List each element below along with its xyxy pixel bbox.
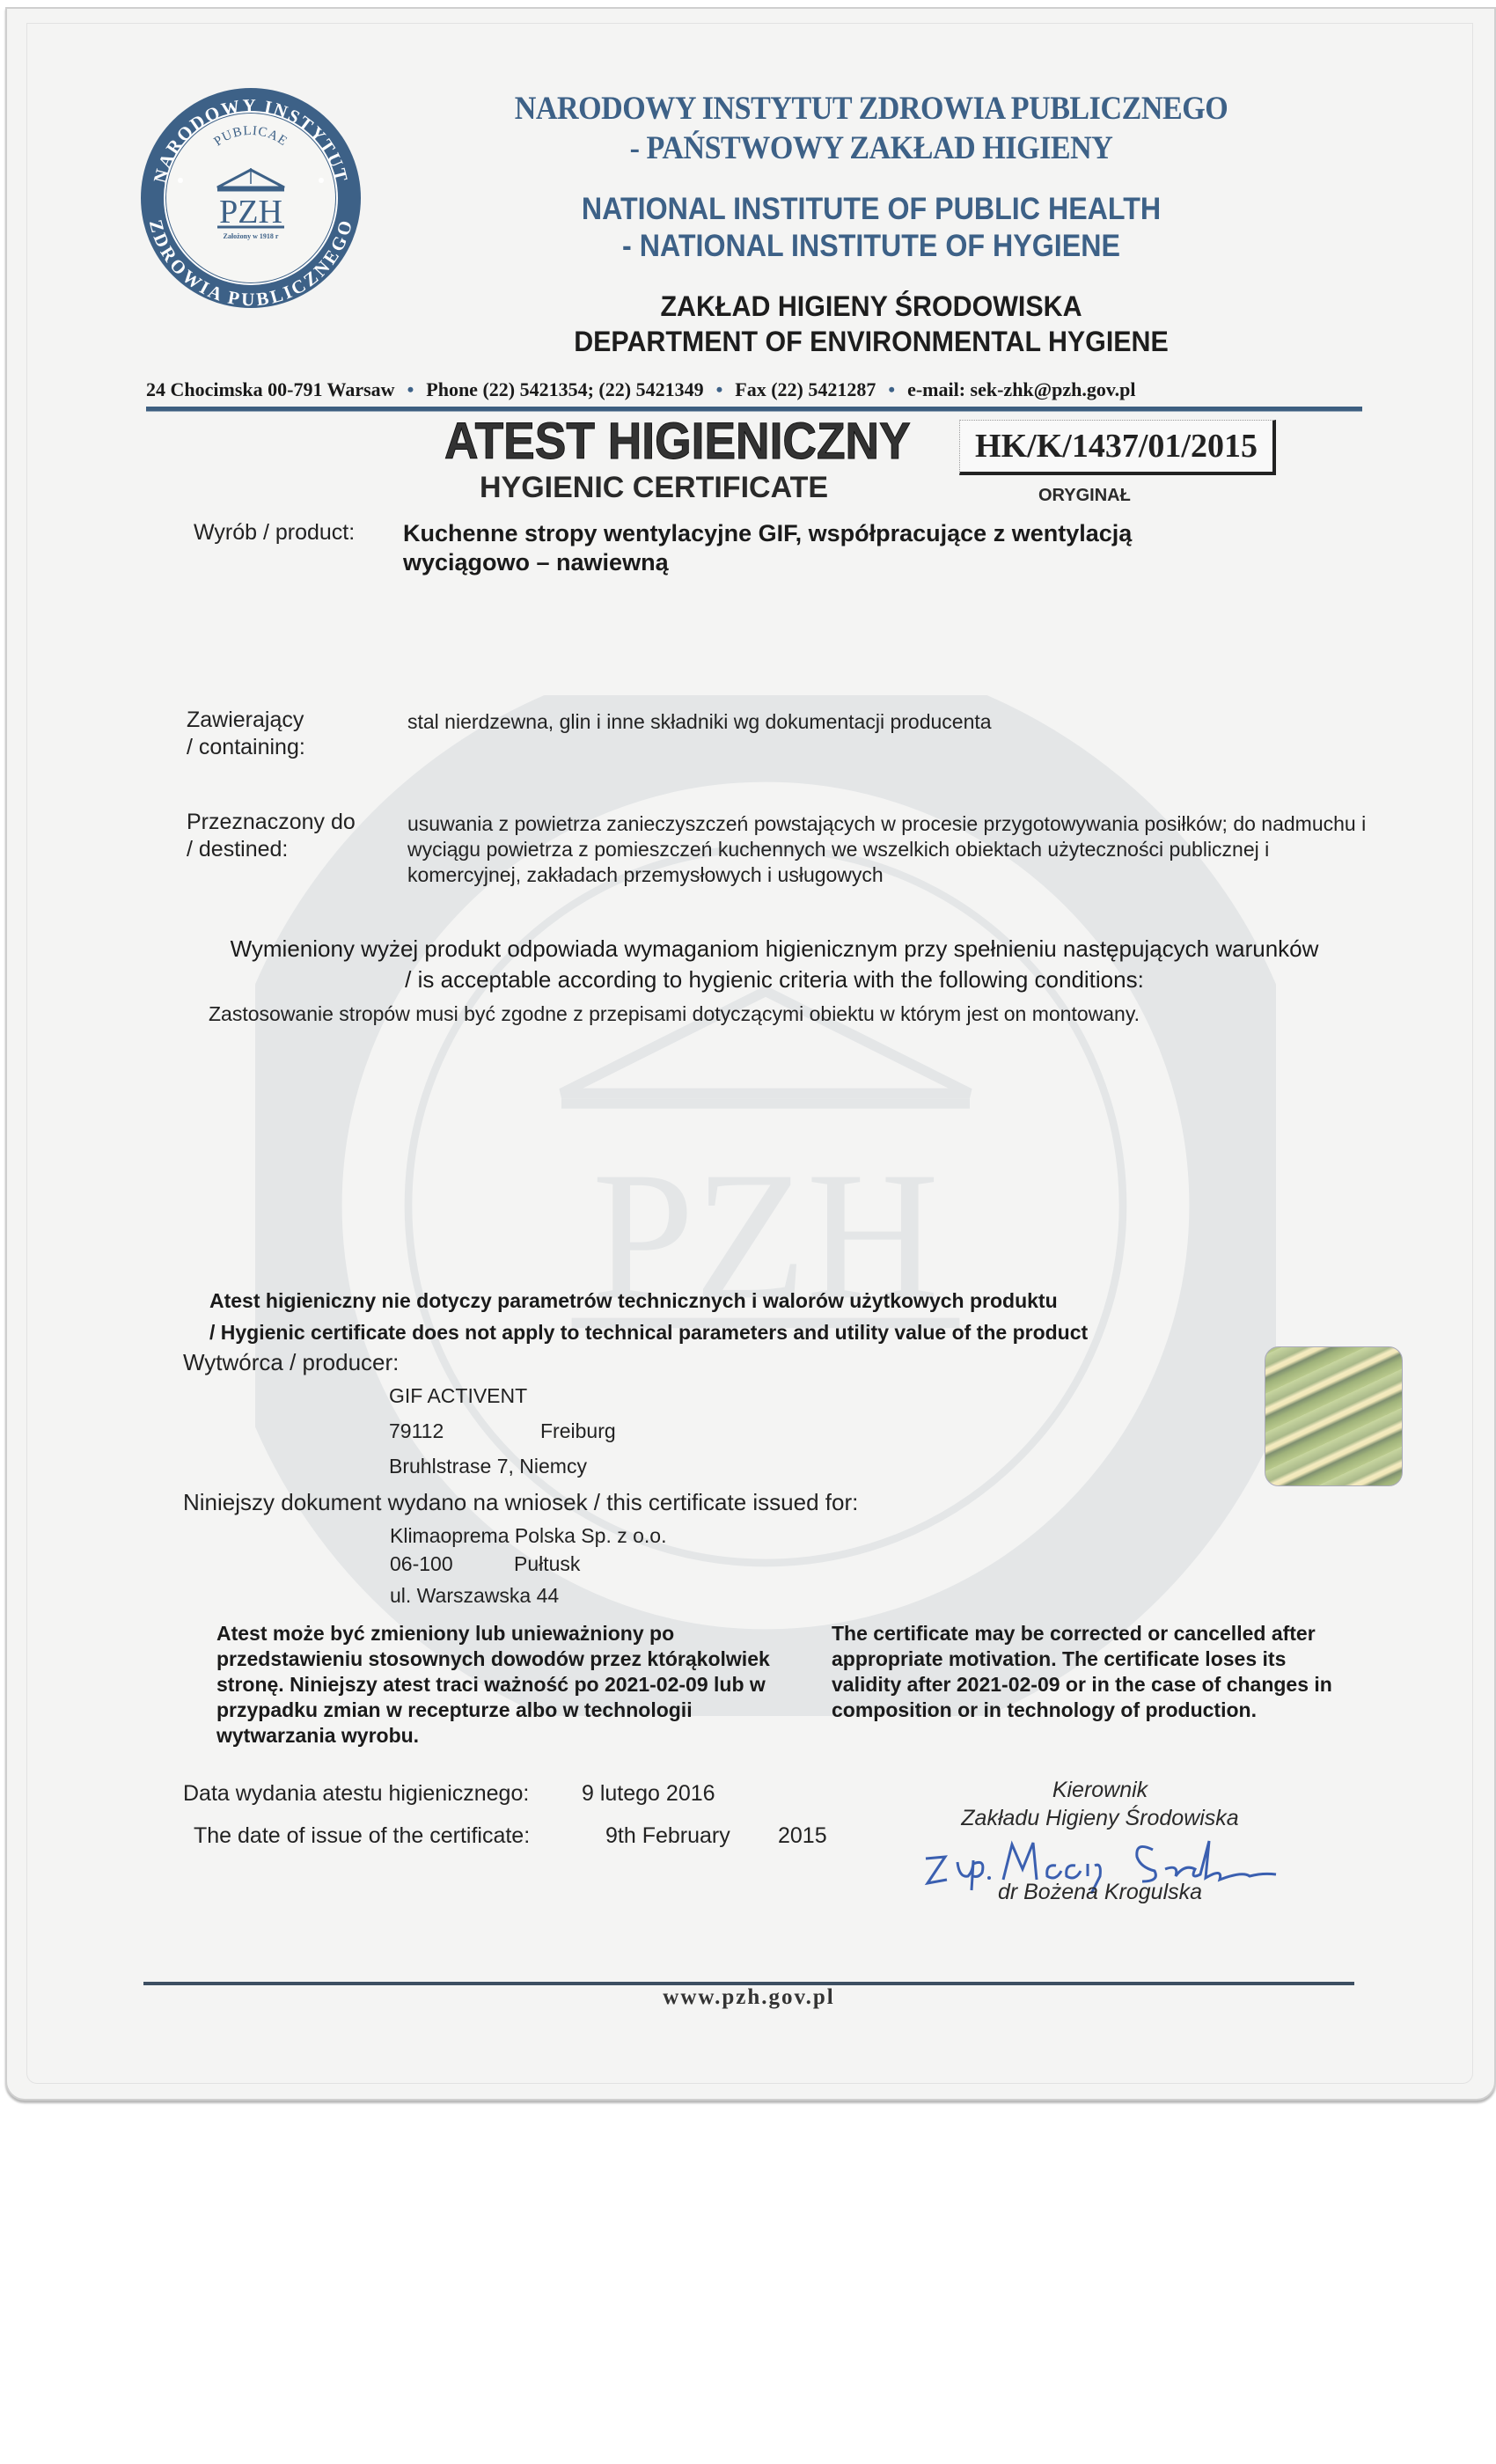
conditions-statement-en: / is acceptable according to hygienic cr… [176, 965, 1373, 994]
bullet-icon: • [888, 378, 895, 400]
svg-text:Założony w 1918 r: Założony w 1918 r [224, 232, 279, 240]
bullet-icon: • [407, 378, 414, 400]
signatory-title-line1: Kierownik [906, 1776, 1294, 1804]
department-name-pl: ZAKŁAD HIGIENY ŚRODOWISKA [412, 290, 1331, 323]
product-label: Wyrób / product: [194, 519, 355, 546]
producer-name: GIF ACTIVENT [389, 1383, 527, 1409]
institute-name-en-line2: - NATIONAL INSTITUTE OF HYGIENE [426, 229, 1316, 264]
issued-for-street: ul. Warszawska 44 [390, 1583, 559, 1609]
producer-street: Bruhlstrase 7, Niemcy [389, 1454, 587, 1479]
svg-text:PZH: PZH [219, 194, 282, 231]
signatory-title-line2: Zakładu Higieny Środowiska [906, 1804, 1294, 1832]
contact-phone: Phone (22) 5421354; (22) 5421349 [426, 378, 703, 400]
original-stamp: ORYGINAŁ [1038, 486, 1131, 506]
validity-pl: Atest może być zmieniony lub unieważnion… [216, 1621, 771, 1749]
bullet-icon: • [716, 378, 723, 400]
certificate-number: HK/K/1437/01/2015 [960, 421, 1272, 472]
certificate-title-pl: ATEST HIGIENICZNY [444, 412, 911, 471]
institute-name-pl-line1: NARODOWY INSTYTUT ZDROWIA PUBLICZNEGO [426, 90, 1316, 128]
containing-value: stal nierdzewna, glin i inne składniki w… [407, 709, 1375, 735]
issued-for-city: Pułtusk [514, 1551, 580, 1577]
issue-date-value-en: 9th February [605, 1822, 730, 1850]
containing-label-en: / containing: [187, 734, 305, 761]
destined-label-pl: Przeznaczony do [187, 809, 356, 836]
issue-date-year-en: 2015 [778, 1822, 827, 1850]
containing-label-pl: Zawierający [187, 707, 305, 734]
disclaimer-en: / Hygienic certificate does not apply to… [209, 1317, 1088, 1347]
contact-fax: Fax (22) 5421287 [735, 378, 876, 400]
producer-postcode: 79112 [389, 1419, 444, 1444]
validity-en: The certificate may be corrected or canc… [832, 1621, 1342, 1723]
institute-name-en-line1: NATIONAL INSTITUTE OF PUBLIC HEALTH [426, 192, 1316, 227]
disclaimer-pl: Atest higieniczny nie dotyczy parametrów… [209, 1286, 1058, 1316]
condition-text: Zastosowanie stropów musi być zgodne z p… [209, 1001, 1140, 1027]
certificate-number-box: HK/K/1437/01/2015 [959, 420, 1276, 475]
destined-label: Przeznaczony do / destined: [187, 809, 356, 863]
pzh-logo-icon: NARODOWY INSTYTUT ZDROWIA PUBLICZNEGO PU… [136, 84, 365, 312]
destined-value: usuwania z powietrza zanieczyszczeń pows… [407, 811, 1367, 888]
signatory-name: dr Bożena Krogulska [906, 1878, 1294, 1906]
product-value: Kuchenne stropy wentylacyjne GIF, współp… [403, 519, 1195, 577]
footer-website-link[interactable]: www.pzh.gov.pl [143, 1985, 1354, 2010]
department-name-en: DEPARTMENT OF ENVIRONMENTAL HYGIENE [412, 326, 1331, 358]
contact-line: 24 Chocimska 00-791 Warsaw•Phone (22) 54… [146, 378, 1360, 401]
issued-for-label: Niniejszy dokument wydano na wniosek / t… [183, 1489, 858, 1516]
producer-label: Wytwórca / producer: [183, 1349, 399, 1376]
hologram-seal-icon [1265, 1346, 1403, 1486]
issued-for-postcode: 06-100 [390, 1551, 453, 1577]
issued-for-name: Klimaoprema Polska Sp. z o.o. [390, 1523, 666, 1549]
issue-date-label-pl: Data wydania atestu higienicznego: [183, 1780, 529, 1808]
contact-email[interactable]: e-mail: sek-zhk@pzh.gov.pl [907, 378, 1135, 400]
issue-date-label-en: The date of issue of the certificate: [194, 1822, 530, 1850]
producer-city: Freiburg [540, 1419, 616, 1444]
certificate-title-en: HYGIENIC CERTIFICATE [480, 471, 828, 505]
conditions-statement-pl: Wymieniony wyżej produkt odpowiada wymag… [176, 935, 1373, 964]
issue-date-value-pl: 9 lutego 2016 [582, 1780, 715, 1808]
institute-name-pl-line2: - PAŃSTWOWY ZAKŁAD HIGIENY [426, 129, 1316, 167]
containing-label: Zawierający / containing: [187, 707, 305, 761]
destined-label-en: / destined: [187, 836, 356, 863]
contact-address: 24 Chocimska 00-791 Warsaw [146, 378, 395, 400]
